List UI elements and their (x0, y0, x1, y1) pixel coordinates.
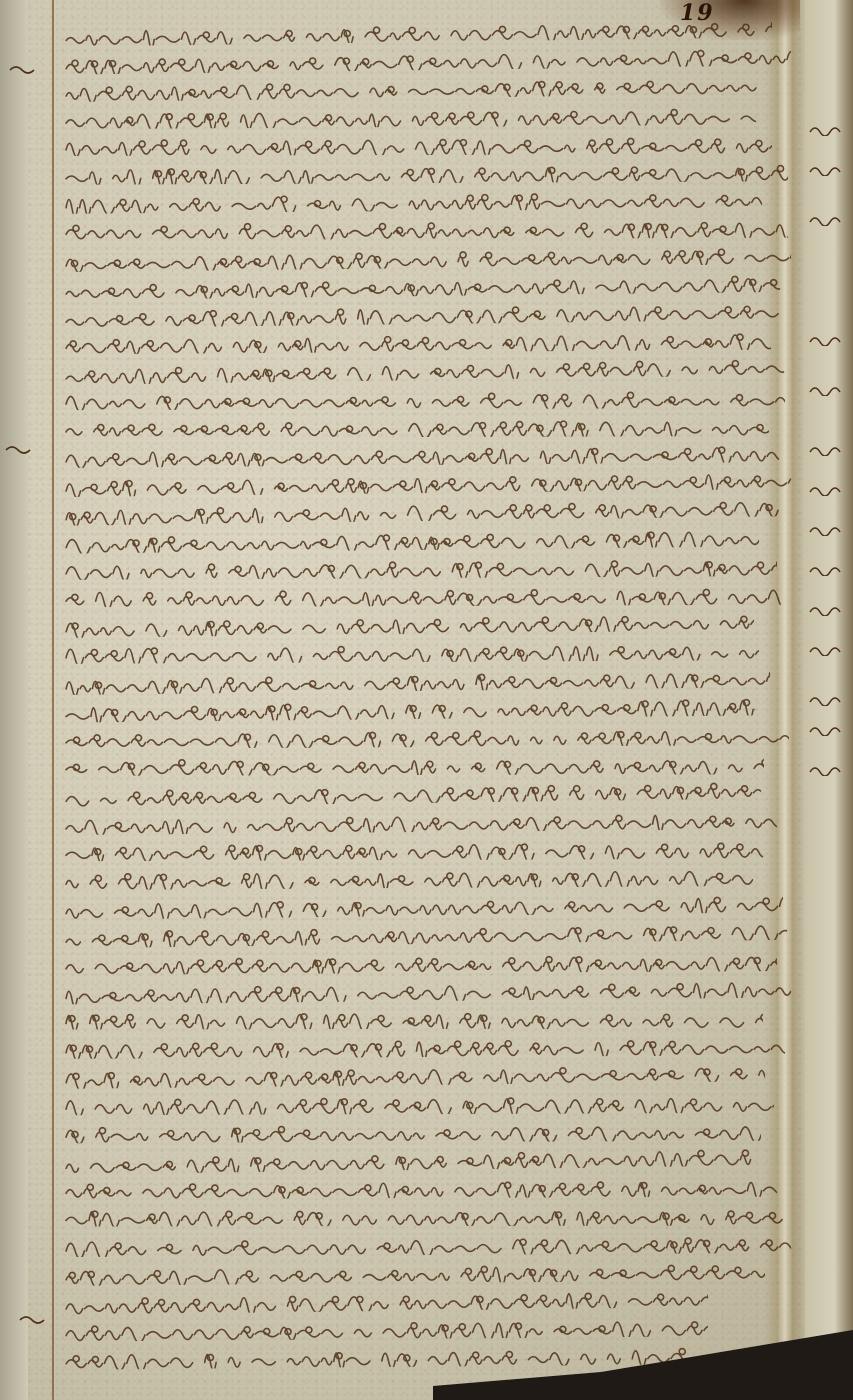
handwritten-line (62, 383, 785, 399)
handwritten-line (62, 296, 784, 319)
handwritten-line (62, 13, 772, 36)
handwritten-line (62, 268, 780, 290)
handwritten-line (62, 552, 777, 570)
handwritten-line (62, 438, 779, 458)
handwritten-line (62, 326, 771, 345)
handwritten-line (62, 581, 781, 597)
handwritten-line (62, 606, 754, 628)
handwritten-line (62, 130, 772, 146)
handwritten-line (62, 412, 769, 428)
handwritten-line (62, 947, 777, 965)
handwritten-line (62, 805, 777, 825)
handwritten-line (62, 522, 759, 543)
handwritten-line (62, 862, 753, 880)
handwritten-line (62, 1228, 791, 1246)
adjacent-page-ink (808, 600, 844, 619)
handwritten-line (62, 70, 758, 92)
adjacent-page-ink (808, 330, 844, 349)
handwritten-line (62, 888, 784, 909)
handwritten-line (62, 1117, 761, 1133)
handwritten-line (62, 240, 791, 262)
margin-ink-mark (18, 1310, 48, 1334)
handwritten-line (62, 351, 784, 375)
handwritten-line (62, 157, 788, 175)
handwritten-line (62, 1058, 765, 1080)
handwritten-line (62, 663, 770, 685)
handwritten-line (62, 721, 789, 739)
adjacent-page-ink (808, 210, 844, 229)
adjacent-page-ink (808, 760, 844, 779)
handwritten-line (62, 1312, 708, 1331)
adjacent-page-ink (808, 480, 844, 499)
handwritten-line (62, 973, 791, 994)
handwritten-line (62, 916, 787, 938)
handwritten-line (62, 1173, 777, 1190)
handwritten-line (62, 637, 759, 655)
handwritten-line (62, 1142, 752, 1165)
handwritten-line (62, 1031, 785, 1049)
margin-ink-mark (8, 60, 38, 84)
adjacent-page-ink (808, 120, 844, 139)
adjacent-page-ink (808, 380, 844, 399)
handwritten-line (62, 100, 756, 118)
margin-rule-line (52, 0, 54, 1400)
handwritten-line (62, 465, 791, 487)
adjacent-page-ink (808, 640, 844, 659)
handwritten-line (62, 835, 763, 852)
handwritten-line (62, 1283, 708, 1305)
left-page-edge (0, 0, 28, 1400)
adjacent-page-ink (808, 690, 844, 709)
handwritten-line (62, 214, 788, 231)
handwritten-line (62, 1005, 763, 1020)
manuscript-page: 19 (0, 0, 853, 1400)
handwritten-line (62, 750, 764, 765)
handwritten-line (62, 1256, 765, 1276)
handwritten-line (62, 1202, 784, 1217)
margin-ink-mark (4, 440, 34, 464)
adjacent-page-ink (808, 440, 844, 459)
handwritten-line (62, 775, 761, 798)
adjacent-page-ink (808, 720, 844, 739)
adjacent-page-ink (808, 560, 844, 579)
handwritten-line (62, 1088, 774, 1104)
adjacent-page-ink (808, 520, 844, 539)
handwritten-text-block (62, 10, 792, 1380)
handwritten-line (62, 691, 755, 712)
adjacent-page-ink (808, 160, 844, 179)
handwritten-line (62, 1341, 692, 1361)
handwritten-line (62, 184, 762, 204)
handwritten-line (62, 493, 779, 516)
